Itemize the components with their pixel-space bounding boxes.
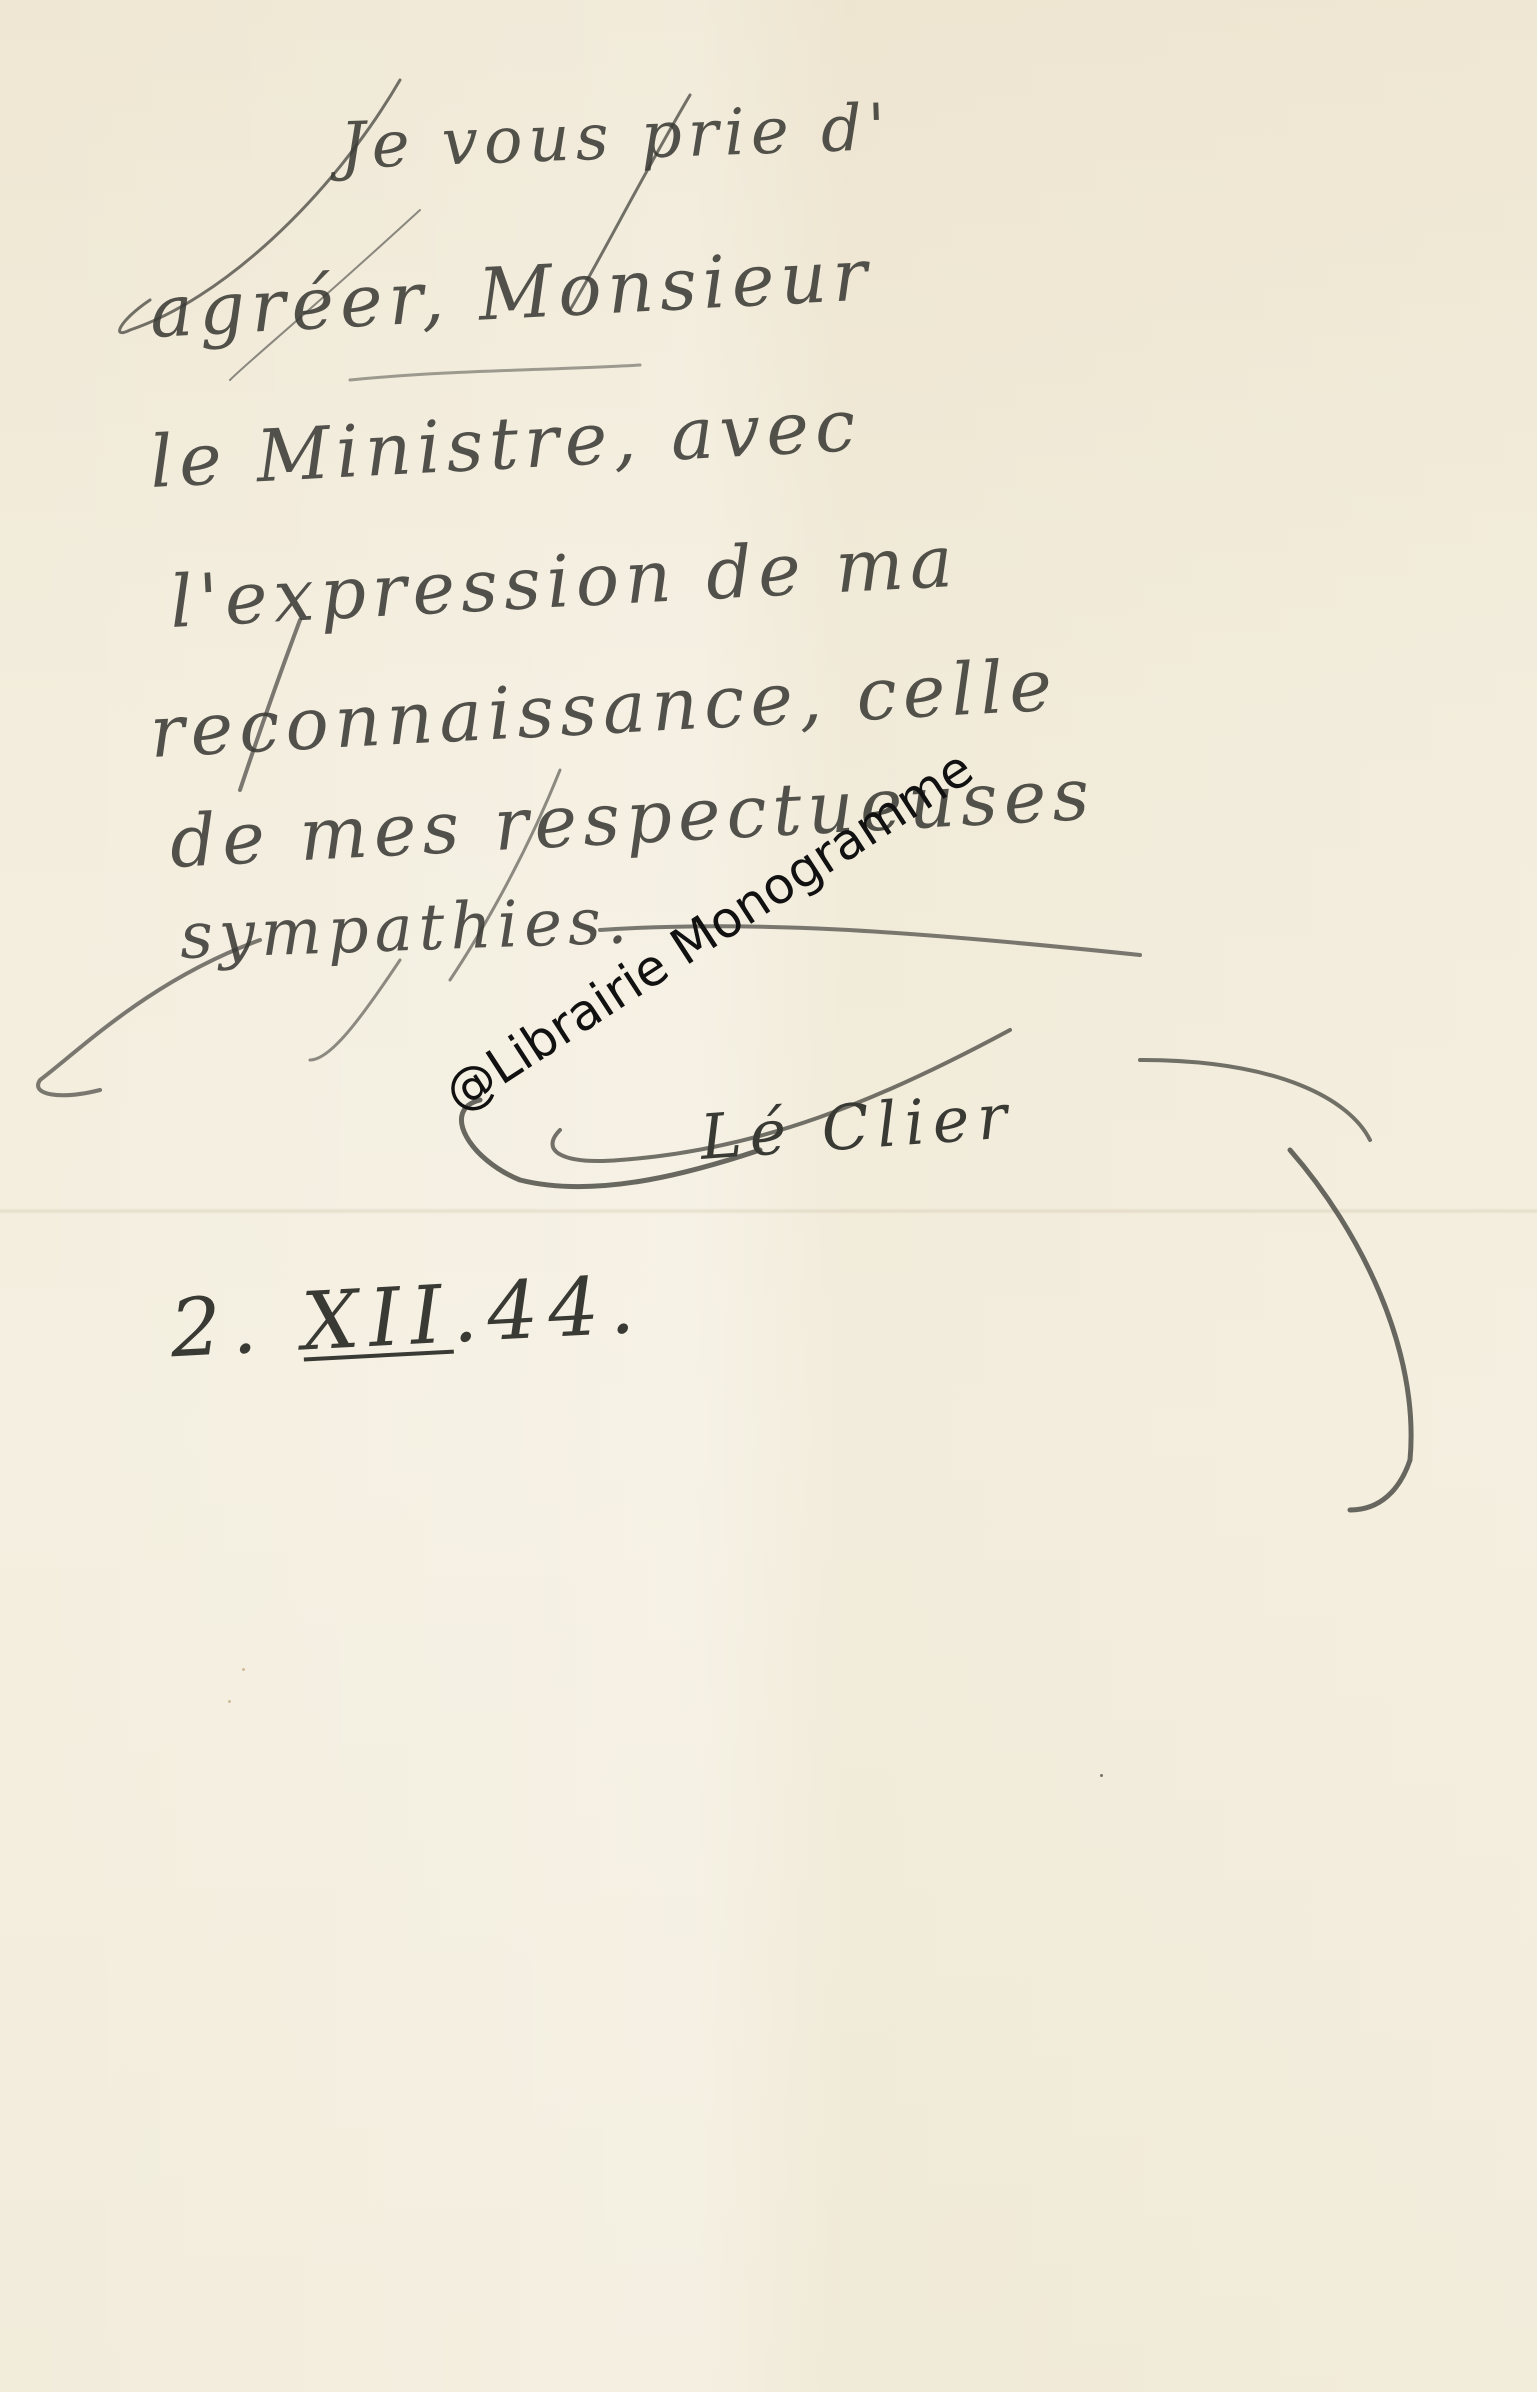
- paper-speck: [228, 1700, 231, 1703]
- letter-paper: [0, 0, 1537, 2392]
- date-year: .44.: [449, 1258, 646, 1361]
- date-month: XII: [299, 1268, 454, 1369]
- date-day: 2.: [168, 1277, 269, 1375]
- paper-fold-crease: [0, 1208, 1537, 1214]
- paper-speck: [1100, 1774, 1103, 1777]
- paper-speck: [242, 1668, 245, 1671]
- letter-line-7: sympathies.: [179, 884, 635, 974]
